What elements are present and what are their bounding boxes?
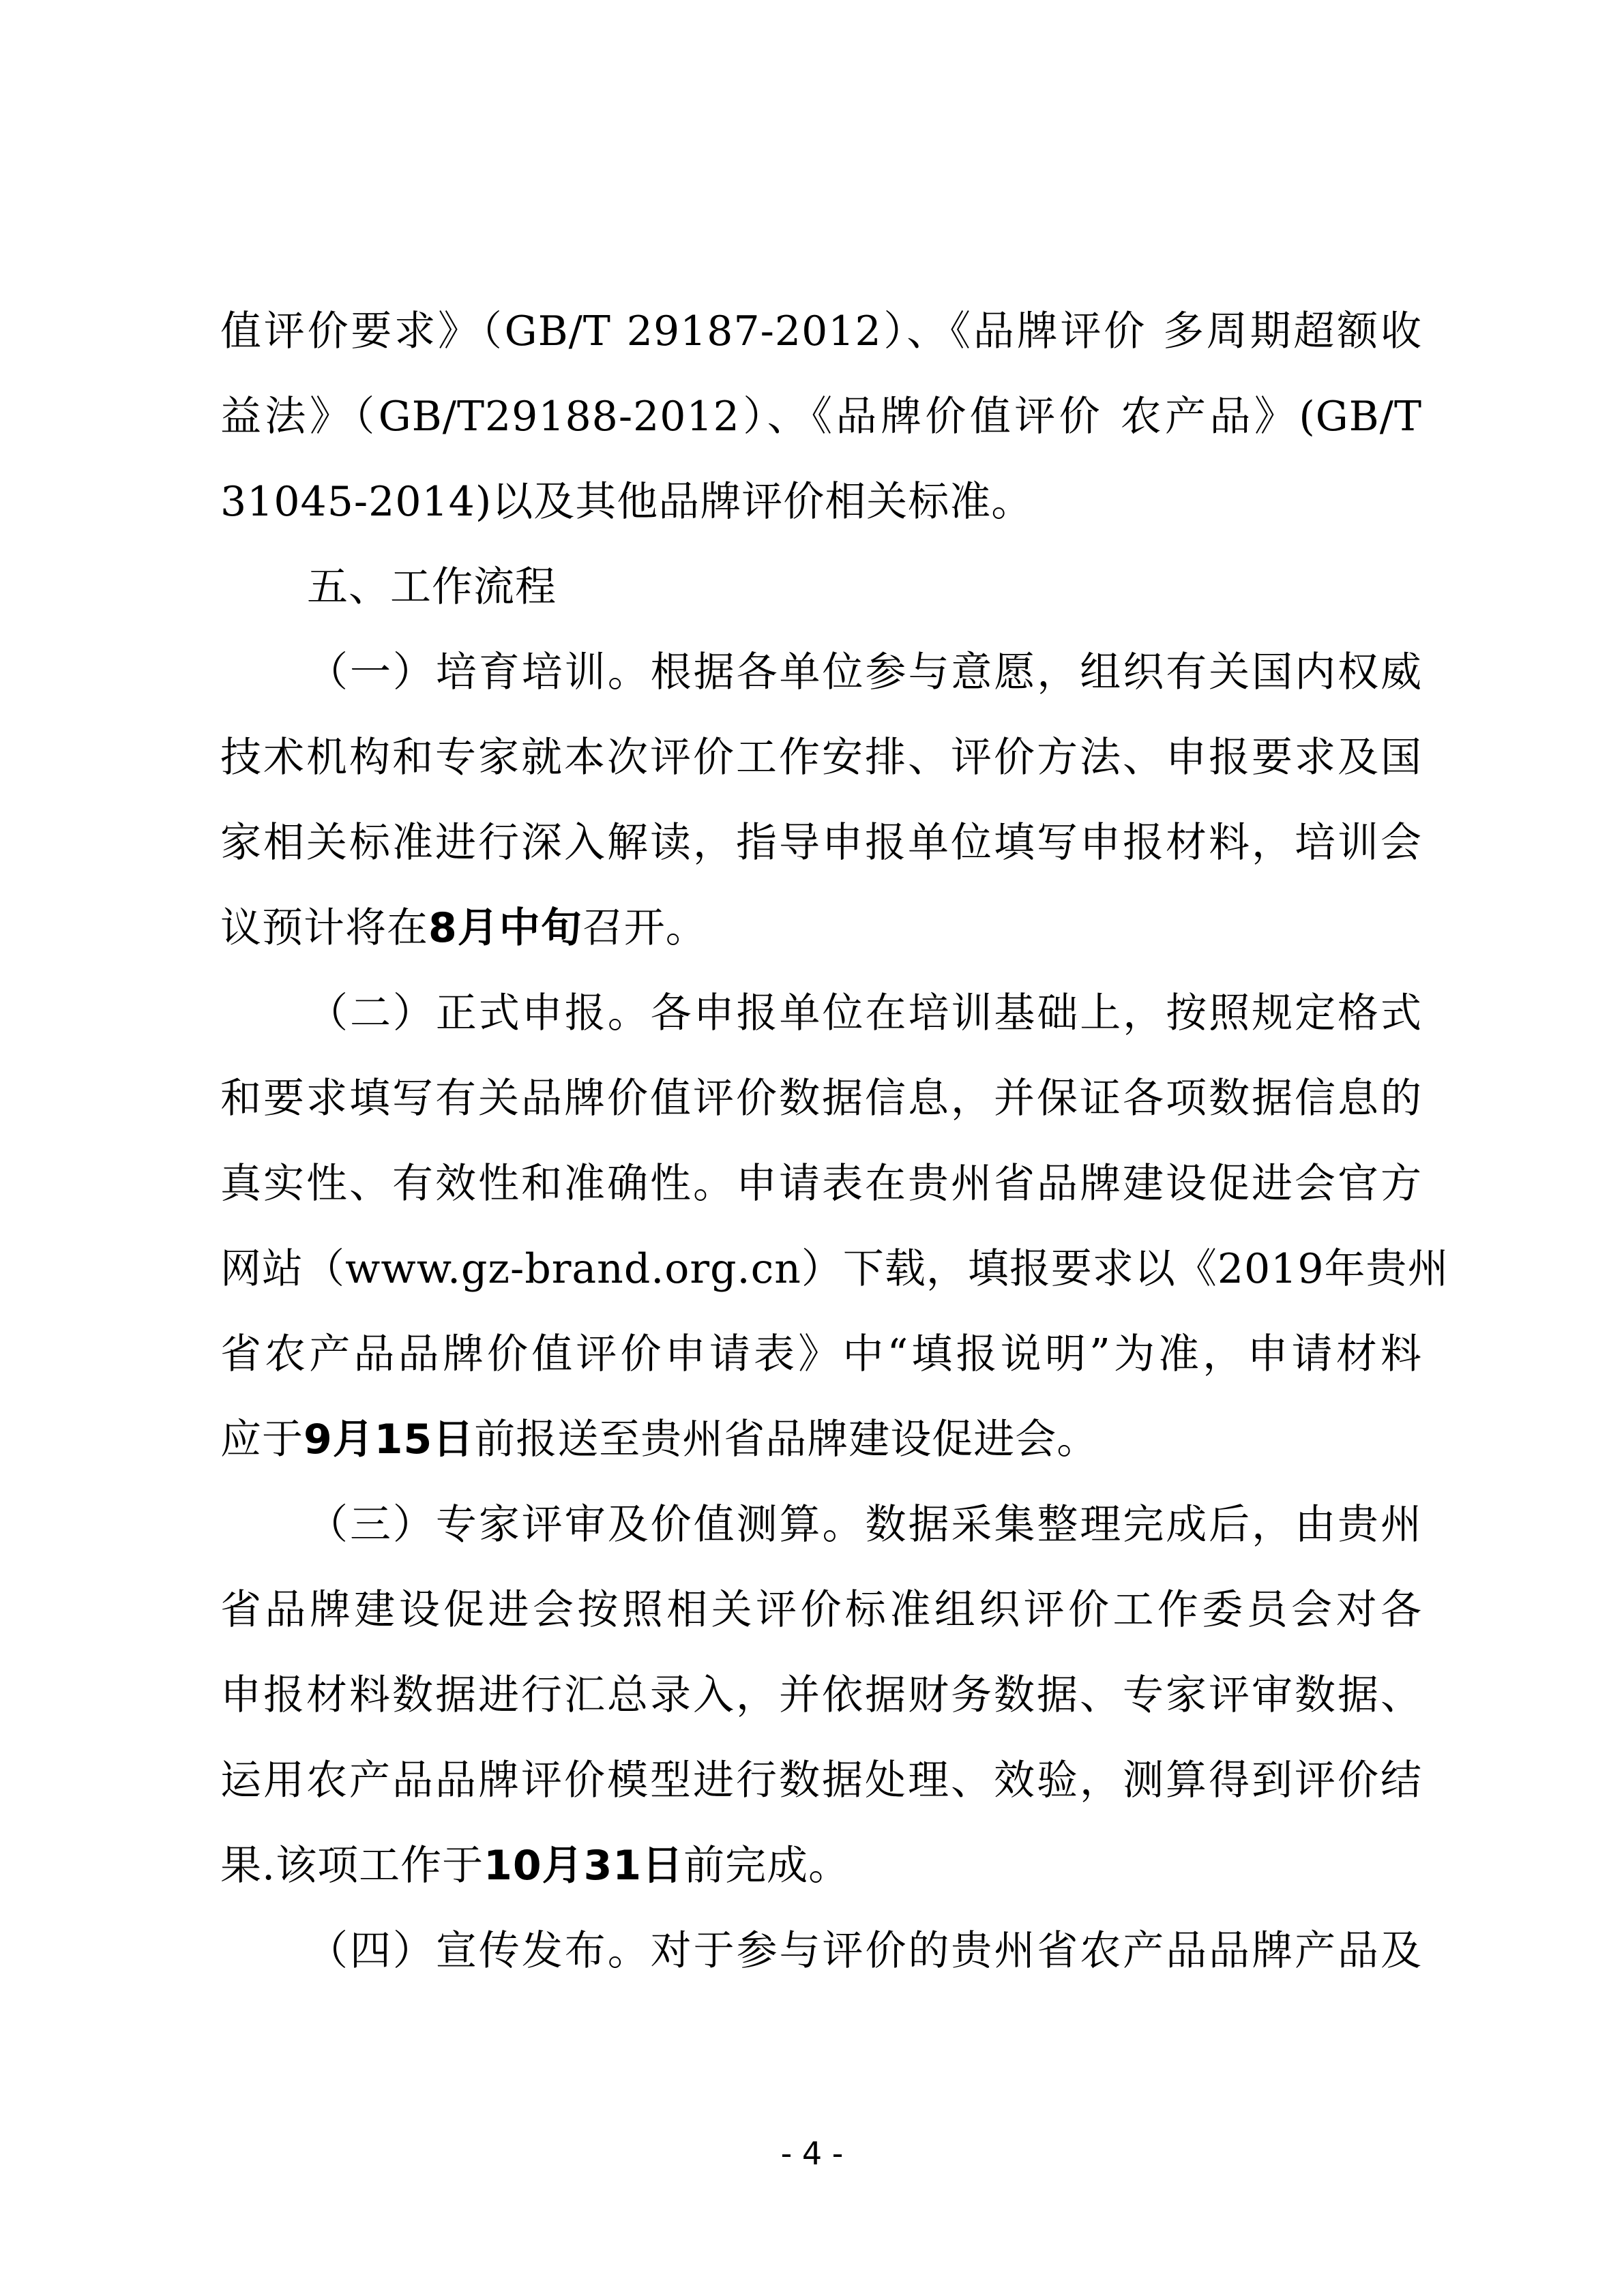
page-body: 值评价要求》（GB/T 29187-2012）、《品牌评价 多周期超额收 益法》… xyxy=(220,289,1422,1994)
text-line: （四）宣传发布。对于参与评价的贵州省农产品品牌产品及 xyxy=(220,1909,1422,1994)
text-segment: 召开。 xyxy=(582,904,707,952)
text-line: 议预计将在8月中旬召开。 xyxy=(220,886,1422,971)
text-line: （二）正式申报。各申报单位在培训基础上，按照规定格式 xyxy=(220,971,1422,1056)
text-segment: 前报送至贵州省品牌建设促进会。 xyxy=(474,1416,1098,1463)
text-line: 申报材料数据进行汇总录入，并依据财务数据、专家评审数据、 xyxy=(220,1653,1422,1738)
training-date-highlight: 8月中旬 xyxy=(428,904,582,952)
standards-paragraph: 值评价要求》（GB/T 29187-2012）、《品牌评价 多周期超额收 益法》… xyxy=(220,289,1422,545)
section-heading-workflow: 五、工作流程 xyxy=(220,545,1422,630)
text-line: 值评价要求》（GB/T 29187-2012）、《品牌评价 多周期超额收 xyxy=(220,289,1422,374)
text-line: 省农产品品牌价值评价申请表》中“填报说明”为准，申请材料 xyxy=(220,1312,1422,1397)
text-line-with-website: 网站（www.gz-brand.org.cn）下载，填报要求以《2019年贵州 xyxy=(220,1227,1422,1312)
text-line: 省品牌建设促进会按照相关评价标准组织评价工作委员会对各 xyxy=(220,1568,1422,1653)
step-4-publicity-paragraph: （四）宣传发布。对于参与评价的贵州省农产品品牌产品及 xyxy=(220,1909,1422,1994)
text-line: 益法》（GB/T29188-2012）、《品牌价值评价 农产品》(GB/T xyxy=(220,374,1422,460)
text-line: 果.该项工作于10月31日前完成。 xyxy=(220,1823,1422,1909)
text-line: 运用农产品品牌评价模型进行数据处理、效验，测算得到评价结 xyxy=(220,1738,1422,1823)
text-line: （三）专家评审及价值测算。数据采集整理完成后，由贵州 xyxy=(220,1482,1422,1568)
text-segment: 前完成。 xyxy=(683,1842,850,1890)
text-line: 应于9月15日前报送至贵州省品牌建设促进会。 xyxy=(220,1397,1422,1482)
step-3-review-paragraph: （三）专家评审及价值测算。数据采集整理完成后，由贵州 省品牌建设促进会按照相关评… xyxy=(220,1482,1422,1909)
step-1-training-paragraph: （一）培育培训。根据各单位参与意愿，组织有关国内权威 技术机构和专家就本次评价工… xyxy=(220,630,1422,971)
text-line: 家相关标准进行深入解读，指导申报单位填写申报材料，培训会 xyxy=(220,801,1422,886)
deadline-date-highlight: 9月15日 xyxy=(304,1416,474,1463)
page-number: - 4 - xyxy=(0,2133,1624,2174)
text-segment: 应于 xyxy=(220,1416,304,1463)
document-page: 值评价要求》（GB/T 29187-2012）、《品牌评价 多周期超额收 益法》… xyxy=(0,0,1624,2296)
text-line: 技术机构和专家就本次评价工作安排、评价方法、申报要求及国 xyxy=(220,715,1422,801)
text-segment: 果.该项工作于 xyxy=(220,1842,484,1890)
text-line: 31045-2014)以及其他品牌评价相关标准。 xyxy=(220,460,1422,545)
completion-date-highlight: 10月31日 xyxy=(484,1842,683,1890)
step-2-application-paragraph: （二）正式申报。各申报单位在培训基础上，按照规定格式 和要求填写有关品牌价值评价… xyxy=(220,971,1422,1482)
text-line: （一）培育培训。根据各单位参与意愿，组织有关国内权威 xyxy=(220,630,1422,715)
text-line: 真实性、有效性和准确性。申请表在贵州省品牌建设促进会官方 xyxy=(220,1142,1422,1227)
text-segment: 议预计将在 xyxy=(220,904,428,952)
text-line: 和要求填写有关品牌价值评价数据信息，并保证各项数据信息的 xyxy=(220,1056,1422,1142)
